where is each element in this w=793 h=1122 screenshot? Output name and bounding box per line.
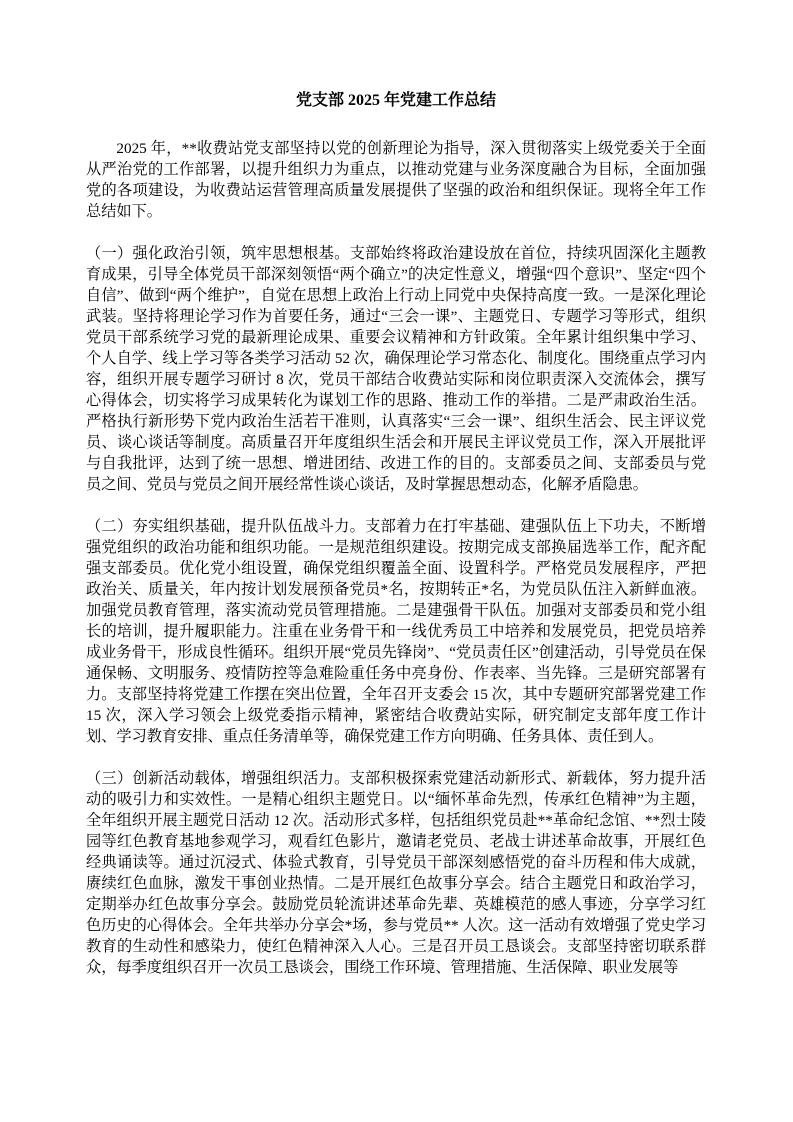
paragraph-intro: 2025 年，**收费站党支部坚持以党的创新理论为指导，深入贯彻落实上级党委关于… — [86, 138, 706, 222]
paragraph-section-2: （二）夯实组织基础，提升队伍战斗力。支部着力在打牢基础、建强队伍上下功夫，不断增… — [86, 516, 706, 747]
document-page: 党支部 2025 年党建工作总结 2025 年，**收费站党支部坚持以党的创新理… — [0, 0, 793, 1122]
paragraph-section-1: （一）强化政治引领，筑牢思想根基。支部始终将政治建设放在首位，持续巩固深化主题教… — [86, 243, 706, 495]
paragraph-section-3: （三）创新活动载体，增强组织活力。支部积极探索党建活动新形式、新载体，努力提升活… — [86, 768, 706, 978]
document-title: 党支部 2025 年党建工作总结 — [86, 90, 706, 112]
